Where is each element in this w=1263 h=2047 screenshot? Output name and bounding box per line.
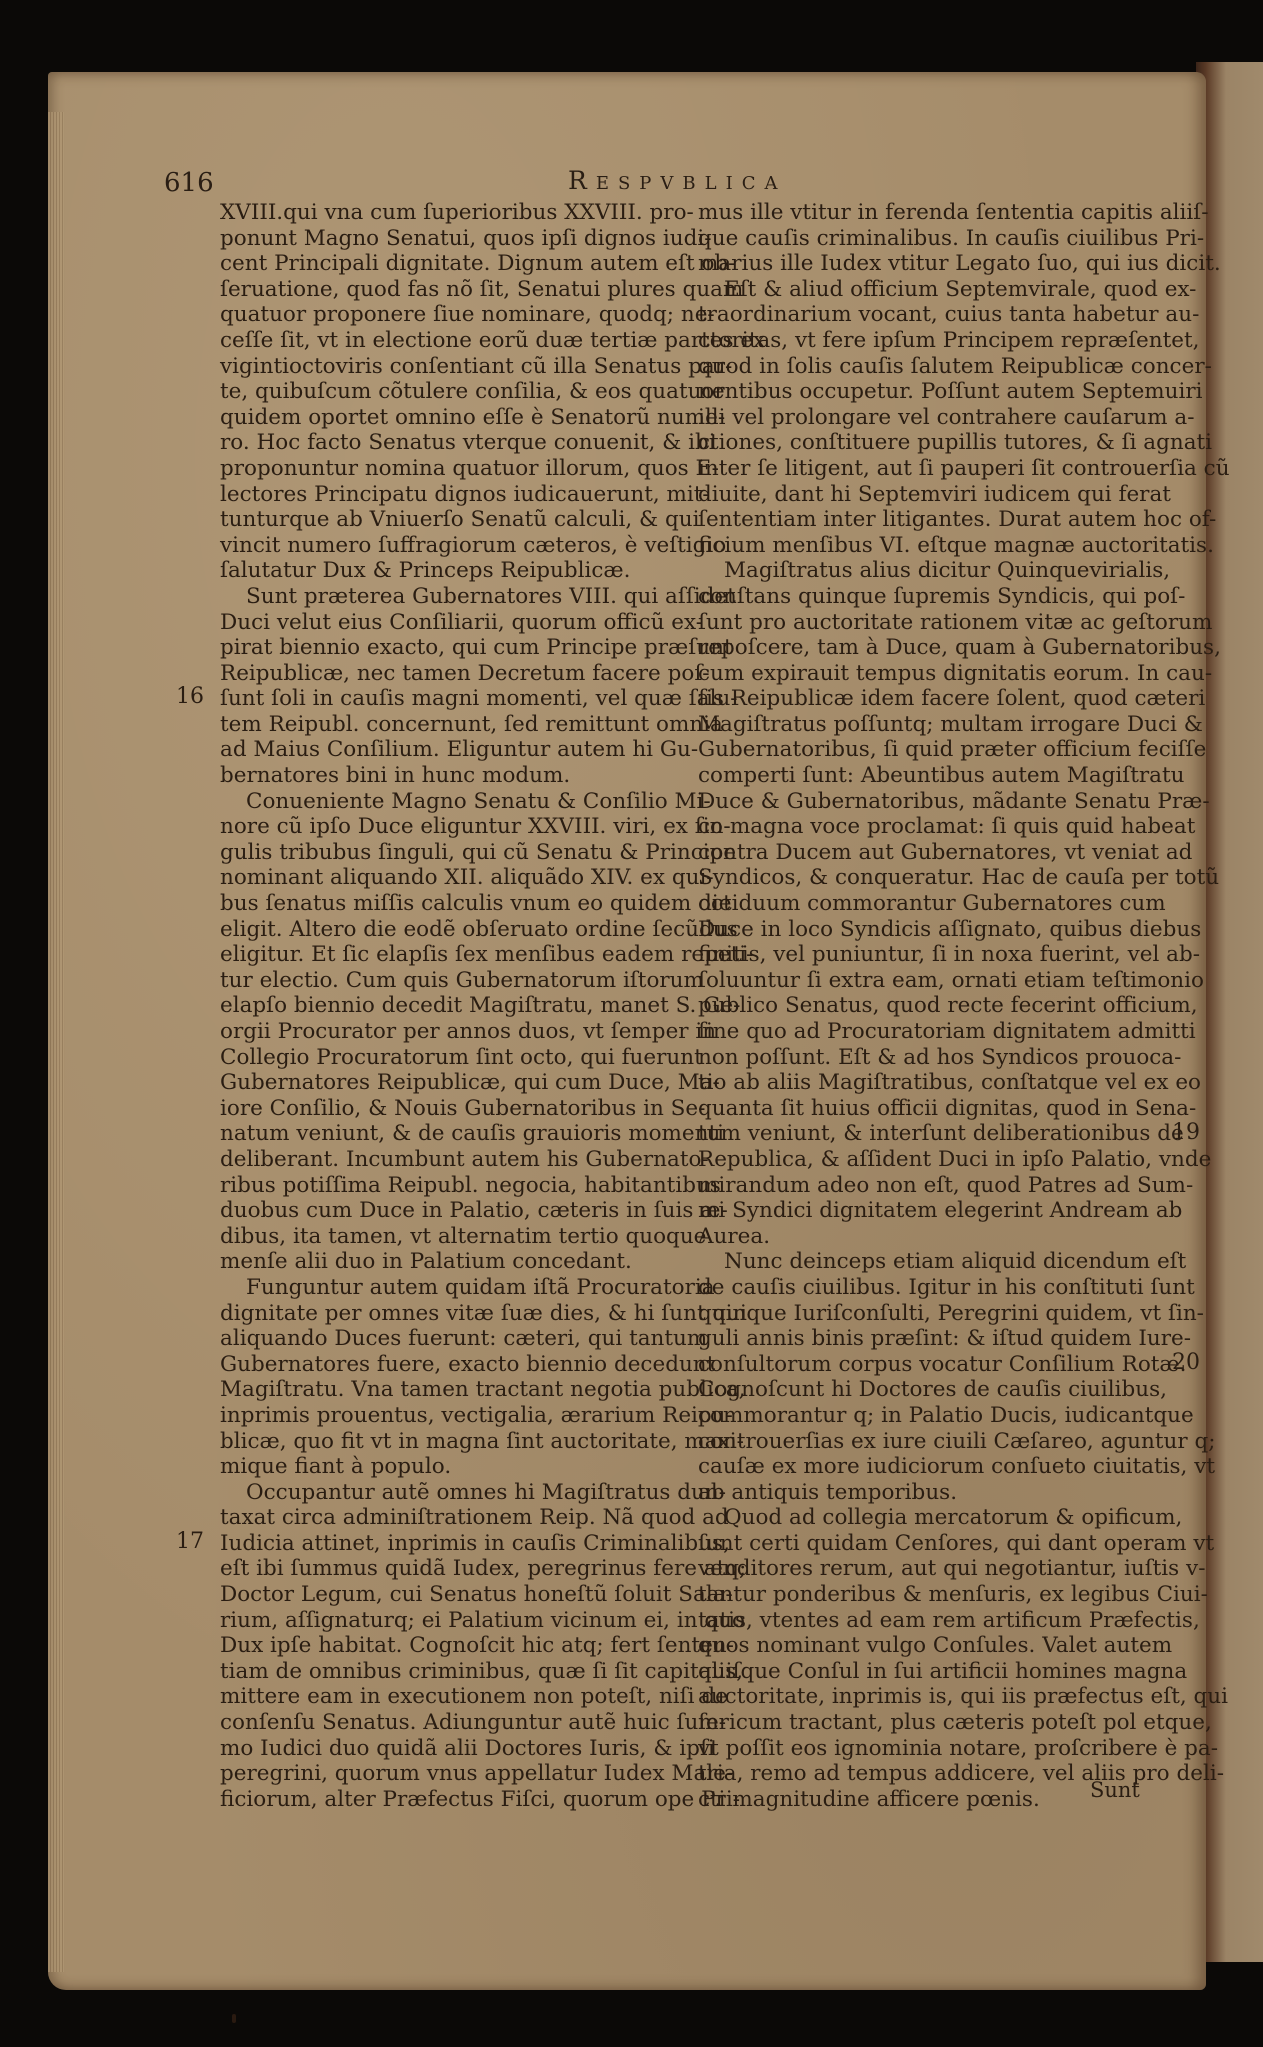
text-line: eligit. Altero die eodẽ obſeruato ordine… <box>220 917 688 943</box>
margin-number: 17 <box>176 1529 204 1554</box>
text-line: ab antiquis temporibus. <box>698 1480 1168 1506</box>
text-line: ctoritas, vt fere ipſum Principem repræſ… <box>698 328 1168 354</box>
text-line: Magiſtratus alius dicitur Quinqueviriali… <box>698 558 1168 584</box>
text-line: tantur ponderibus & menſuris, ex legibus… <box>698 1582 1168 1608</box>
text-line: co magna voce proclamat: ſi quis quid ha… <box>698 814 1168 840</box>
text-line: que cauſis criminalibus. In cauſis ciuil… <box>698 226 1168 252</box>
text-line: traordinarium vocant, cuius tanta habetu… <box>698 302 1168 328</box>
text-line: te, quibuſcum cõtulere conſilia, & eos q… <box>220 379 688 405</box>
text-line: contra Ducem aut Gubernatores, vt veniat… <box>698 840 1168 866</box>
text-line: marius ille Iudex vtitur Legato ſuo, qui… <box>698 251 1168 277</box>
text-line: octiduum commorantur Gubernatores cum <box>698 891 1168 917</box>
text-line: guli annis binis præſint: & iſtud quidem… <box>698 1326 1168 1352</box>
text-line: ſericum tractant, plus cæteris poteſt po… <box>698 1710 1168 1736</box>
text-line: eſt ibi ſummus quidã Iudex, peregrinus f… <box>220 1556 688 1582</box>
text-line: vigintioctoviris conſentiant cũ illa Sen… <box>220 354 688 380</box>
text-line: vt poſſit eos ignominia notare, proſcrib… <box>698 1736 1168 1762</box>
text-line: ſis Reipublicæ idem facere ſolent, quod … <box>698 686 1168 712</box>
text-line: Dux ipſe habitat. Cognoſcit hic atq; fer… <box>220 1633 688 1659</box>
text-line: quidem oportet omnino eſſe è Senatorũ nu… <box>220 405 688 431</box>
text-line: ficiorum, alter Præfectus Fiſci, quorum … <box>220 1787 688 1813</box>
text-line: aliquando Duces fuerunt: cæteri, qui tan… <box>220 1326 688 1352</box>
text-line: quos nominant vulgo Conſules. Valet aute… <box>698 1633 1168 1659</box>
text-line: Collegio Procuratorum ſint octo, qui fue… <box>220 1045 688 1071</box>
text-line: proponuntur nomina quatuor illorum, quos… <box>220 456 688 482</box>
text-line: ſalutatur Dux & Princeps Reipublicæ. <box>220 558 688 584</box>
text-line: orgii Procurator per annos duos, vt ſemp… <box>220 1019 688 1045</box>
text-line: comperti ſunt: Abeuntibus autem Magiſtra… <box>698 763 1168 789</box>
facing-page-edge <box>1196 62 1263 1962</box>
text-line: mirandum adeo non eſt, quod Patres ad Su… <box>698 1173 1168 1199</box>
text-line: Conueniente Magno Senatu & Conſilio Mi- <box>220 789 688 815</box>
text-line: cum expirauit tempus dignitatis eorum. I… <box>698 661 1168 687</box>
text-line: venditores rerum, aut qui negotiantur, i… <box>698 1556 1168 1582</box>
text-line: mique fiant à populo. <box>220 1454 688 1480</box>
text-line: tunturque ab Vniuerſo Senatũ calculi, & … <box>220 507 688 533</box>
text-line: Duce & Gubernatoribus, mãdante Senatu Pr… <box>698 789 1168 815</box>
text-line: Gubernatoribus, ſi quid præter officium … <box>698 737 1168 763</box>
text-line: ribus potiſſima Reipubl. negocia, habita… <box>220 1173 688 1199</box>
text-line: Syndicos, & conqueratur. Hac de cauſa pe… <box>698 865 1168 891</box>
text-line: Sunt præterea Gubernatores VIII. qui aſſ… <box>220 584 688 610</box>
text-line: taxat circa adminiſtrationem Reip. Nã qu… <box>220 1505 688 1531</box>
text-line: repoſcere, tam à Duce, quam à Gubernator… <box>698 635 1168 661</box>
text-line: ſunt ſoli in cauſis magni momenti, vel q… <box>220 686 688 712</box>
text-line: rium, aſſignaturq; ei Palatium vicinum e… <box>220 1608 688 1634</box>
text-line: dignitate per omnes vitæ ſuæ dies, & hi … <box>220 1301 688 1327</box>
text-line: Republica, & aſſident Duci in ipſo Palat… <box>698 1147 1168 1173</box>
text-line: finitis, vel puniuntur, ſi in noxa fueri… <box>698 942 1168 968</box>
text-line: ctiones, conſtituere pupillis tutores, &… <box>698 430 1168 456</box>
page-number: 616 <box>164 168 214 198</box>
text-line: deliberant. Incumbunt autem his Gubernat… <box>220 1147 688 1173</box>
text-line: Quod ad collegia mercatorum & opificum, <box>698 1505 1168 1531</box>
text-line: ceſſe ſit, vt in electione eorũ duæ tert… <box>220 328 688 354</box>
text-line: menſe alii duo in Palatium concedant. <box>220 1249 688 1275</box>
text-line: conſenſu Senatus. Adiunguntur autẽ huic … <box>220 1710 688 1736</box>
text-line: ſunt certi quidam Cenſores, qui dant ope… <box>698 1531 1168 1557</box>
text-line: pirat biennio exacto, qui cum Principe p… <box>220 635 688 661</box>
text-line: Gubernatores Reipublicæ, qui cum Duce, M… <box>220 1070 688 1096</box>
text-line: illi vel prolongare vel contrahere cauſa… <box>698 405 1168 431</box>
text-line: natum veniunt, & de cauſis grauioris mom… <box>220 1121 688 1147</box>
text-line: bernatores bini in hunc modum. <box>220 763 688 789</box>
text-line: Cognoſcunt hi Doctores de cauſis ciuilib… <box>698 1377 1168 1403</box>
margin-number: 16 <box>176 684 204 709</box>
text-line: quiſque Conſul in ſui artificii homines … <box>698 1659 1168 1685</box>
text-line: mittere eam in executionem non poteſt, n… <box>220 1684 688 1710</box>
text-line: ad Maius Conſilium. Eliguntur autem hi G… <box>220 737 688 763</box>
text-line: tur electio. Cum quis Gubernatorum iſtor… <box>220 968 688 994</box>
text-line: Iudicia attinet, inprimis in cauſis Crim… <box>220 1531 688 1557</box>
text-line: de cauſis ciuilibus. Igitur in his conſt… <box>698 1275 1168 1301</box>
text-line: ſine quo ad Procuratoriam dignitatem adm… <box>698 1019 1168 1045</box>
text-line: Reipublicæ, nec tamen Decretum facere po… <box>220 661 688 687</box>
text-line: tum veniunt, & interſunt deliberationibu… <box>698 1121 1168 1147</box>
text-line: ſunt pro auctoritate rationem vitæ ac ge… <box>698 610 1168 636</box>
text-line: Eſt & aliud officium Septemvirale, quod … <box>698 277 1168 303</box>
text-line: mus ille vtitur in ferenda ſententia cap… <box>698 200 1168 226</box>
text-line: vincit numero ſuffragiorum cæteros, è ve… <box>220 533 688 559</box>
text-line: blicæ, quo fit vt in magna ſint auctorit… <box>220 1429 688 1455</box>
text-line: Duci velut eius Conſiliarii, quorum offi… <box>220 610 688 636</box>
text-line: Aurea. <box>698 1224 1168 1250</box>
text-line: inter ſe litigent, aut ſi pauperi ſit co… <box>698 456 1168 482</box>
text-line: diuite, dant hi Septemviri iudicem qui f… <box>698 482 1168 508</box>
text-line: Occupantur autẽ omnes hi Magiſtratus dun… <box>220 1480 688 1506</box>
text-line: inprimis prouentus, vectigalia, ærarium … <box>220 1403 688 1429</box>
text-line: publico Senatus, quod recte fecerint off… <box>698 993 1168 1019</box>
text-line: quanta ſit huius officii dignitas, quod … <box>698 1096 1168 1122</box>
text-line: lectores Principatu dignos iudicauerunt,… <box>220 482 688 508</box>
text-line: Duce in loco Syndicis aſſignato, quibus … <box>698 917 1168 943</box>
text-line: Funguntur autem quidam iſtã Procuratoria <box>220 1275 688 1301</box>
text-line: nore cũ ipſo Duce eliguntur XXVIII. viri… <box>220 814 688 840</box>
text-line: peregrini, quorum vnus appellatur Iudex … <box>220 1761 688 1787</box>
text-line: conſultorum corpus vocatur Conſilium Rot… <box>698 1352 1168 1378</box>
margin-number: 19 <box>1172 1120 1200 1145</box>
catchword: Sunt <box>1090 1778 1140 1802</box>
text-line: quinque Iuriſconſulti, Peregrini quidem,… <box>698 1301 1168 1327</box>
left-column: XVIII.qui vna cum ſuperioribus XXVIII. p… <box>220 200 688 1812</box>
text-line: quatuor proponere ſiue nominare, quodq; … <box>220 302 688 328</box>
text-line: mi Syndici dignitatem elegerint Andream … <box>698 1198 1168 1224</box>
text-line: controuerſias ex iure ciuili Cæſareo, ag… <box>698 1429 1168 1455</box>
text-line: ficium menſibus VI. eſtque magnæ auctori… <box>698 533 1168 559</box>
text-line: Doctor Legum, cui Senatus honeſtũ ſoluit… <box>220 1582 688 1608</box>
text-line: tatis, vtentes ad eam rem artificum Præf… <box>698 1608 1168 1634</box>
text-line: iore Conſilio, & Nouis Gubernatoribus in… <box>220 1096 688 1122</box>
text-line: nominant aliquando XII. aliquãdo XIV. ex… <box>220 865 688 891</box>
text-line: ſeruatione, quod fas nõ ſit, Senatui plu… <box>220 277 688 303</box>
text-line: Magiſtratus poſſuntq; multam irrogare Du… <box>698 712 1168 738</box>
text-line: quod in ſolis cauſis ſalutem Reipublicæ … <box>698 354 1168 380</box>
text-line: tio ab aliis Magiſtratibus, conſtatque v… <box>698 1070 1168 1096</box>
right-column: mus ille vtitur in ferenda ſententia cap… <box>698 200 1168 1812</box>
text-line: Nunc deinceps etiam aliquid dicendum eſt <box>698 1249 1168 1275</box>
text-line: gulis tribubus ſinguli, qui cũ Senatu & … <box>220 840 688 866</box>
text-line: elapſo biennio decedit Magiſtratu, manet… <box>220 993 688 1019</box>
text-line: cauſæ ex more iudiciorum conſueto ciuita… <box>698 1454 1168 1480</box>
text-line: bus ſenatus miſſis calculis vnum eo quid… <box>220 891 688 917</box>
text-line: tiam de omnibus criminibus, quæ ſi ſit c… <box>220 1659 688 1685</box>
text-line: mo Iudici duo quidã alii Doctores Iuris,… <box>220 1736 688 1762</box>
text-line: dibus, ita tamen, vt alternatim tertio q… <box>220 1224 688 1250</box>
margin-number: 20 <box>1172 1350 1200 1375</box>
text-line: ſoluuntur ſi extra eam, ornati etiam teſ… <box>698 968 1168 994</box>
text-line: cent Principali dignitate. Dignum autem … <box>220 251 688 277</box>
text-line: Magiſtratu. Vna tamen tractant negotia p… <box>220 1377 688 1403</box>
text-line: XVIII.qui vna cum ſuperioribus XXVIII. p… <box>220 200 688 226</box>
text-line: tem Reipubl. concernunt, ſed remittunt o… <box>220 712 688 738</box>
text-line: ſententiam inter litigantes. Durat autem… <box>698 507 1168 533</box>
text-line: ponunt Magno Senatui, quos ipſi dignos i… <box>220 226 688 252</box>
text-line: auctoritate, inprimis is, qui iis præfec… <box>698 1684 1168 1710</box>
text-line: commorantur q; in Palatio Ducis, iudican… <box>698 1403 1168 1429</box>
text-line: duobus cum Duce in Palatio, cæteris in ſ… <box>220 1198 688 1224</box>
running-head: Respvblica <box>568 166 786 195</box>
text-line: ro. Hoc facto Senatus vterque conuenit, … <box>220 430 688 456</box>
text-line: non poſſunt. Eſt & ad hos Syndicos prouo… <box>698 1045 1168 1071</box>
ink-speck <box>232 2014 236 2023</box>
text-line: eligitur. Et ſic elapſis ſex menſibus ea… <box>220 942 688 968</box>
text-line: Gubernatores fuere, exacto biennio deced… <box>220 1352 688 1378</box>
text-line: nentibus occupetur. Poſſunt autem Septem… <box>698 379 1168 405</box>
text-line: conſtans quinque ſupremis Syndicis, qui … <box>698 584 1168 610</box>
